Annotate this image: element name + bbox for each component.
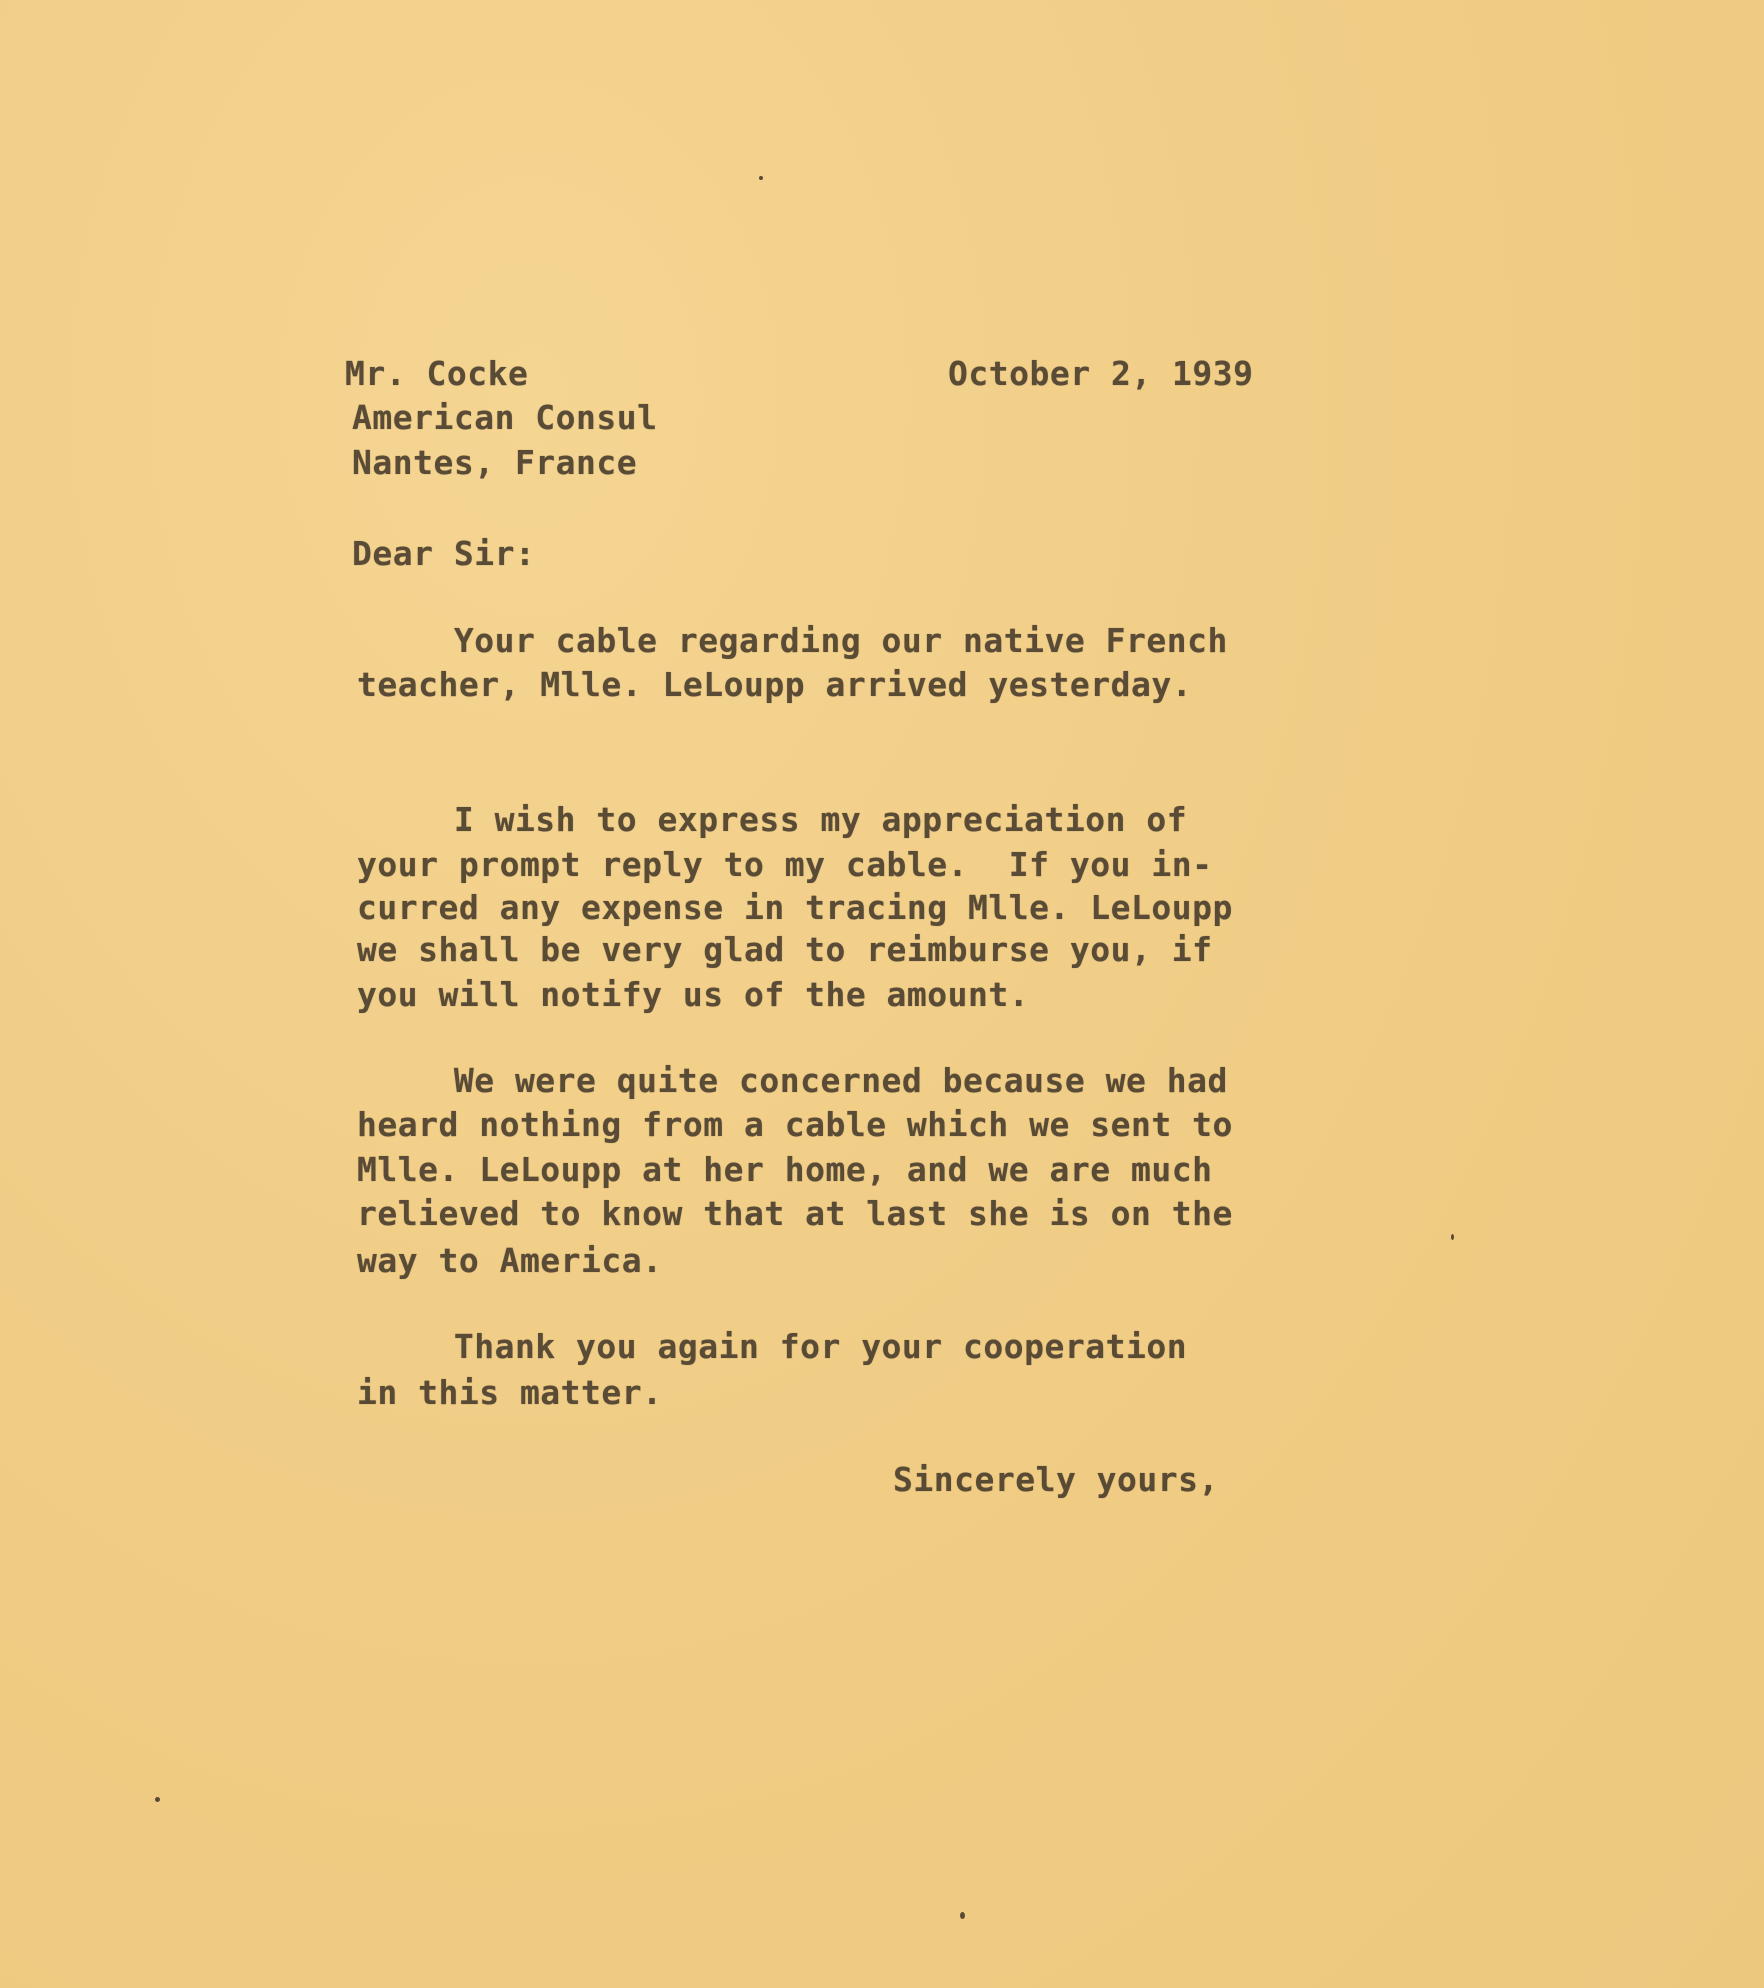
paragraph-2-line-2: your prompt reply to my cable. If you in… [357, 845, 1212, 884]
paragraph-3-line-1: We were quite concerned because we had [352, 1061, 1228, 1100]
addressee-name: Mr. Cocke [345, 354, 528, 393]
paragraph-2-line-1: I wish to express my appreciation of [352, 800, 1187, 839]
paragraph-4-line-1: Thank you again for your cooperation [352, 1327, 1187, 1366]
closing: Sincerely yours, [893, 1460, 1219, 1499]
paper-speck [1451, 1234, 1454, 1240]
paper-speck [759, 176, 763, 180]
salutation: Dear Sir: [352, 534, 535, 573]
paragraph-3-line-4: relieved to know that at last she is on … [357, 1194, 1233, 1233]
letter-page: Mr. Cocke October 2, 1939 American Consu… [0, 0, 1764, 1988]
paragraph-1-line-2: teacher, Mlle. LeLoupp arrived yesterday… [357, 665, 1192, 704]
paragraph-2-line-4: we shall be very glad to reimburse you, … [357, 930, 1212, 969]
paragraph-1-line-1: Your cable regarding our native French [352, 621, 1228, 660]
paper-speck [155, 1797, 160, 1802]
paragraph-4-line-2: in this matter. [357, 1373, 663, 1412]
paragraph-3-line-3: Mlle. LeLoupp at her home, and we are mu… [357, 1150, 1212, 1189]
paragraph-3-line-2: heard nothing from a cable which we sent… [357, 1105, 1233, 1144]
addressee-location: Nantes, France [352, 443, 637, 482]
paragraph-2-line-3: curred any expense in tracing Mlle. LeLo… [357, 888, 1233, 927]
paragraph-3-line-5: way to America. [357, 1241, 663, 1280]
letter-date: October 2, 1939 [948, 354, 1254, 393]
paper-speck [960, 1912, 965, 1919]
paragraph-2-line-5: you will notify us of the amount. [357, 975, 1029, 1014]
addressee-title: American Consul [352, 398, 658, 437]
